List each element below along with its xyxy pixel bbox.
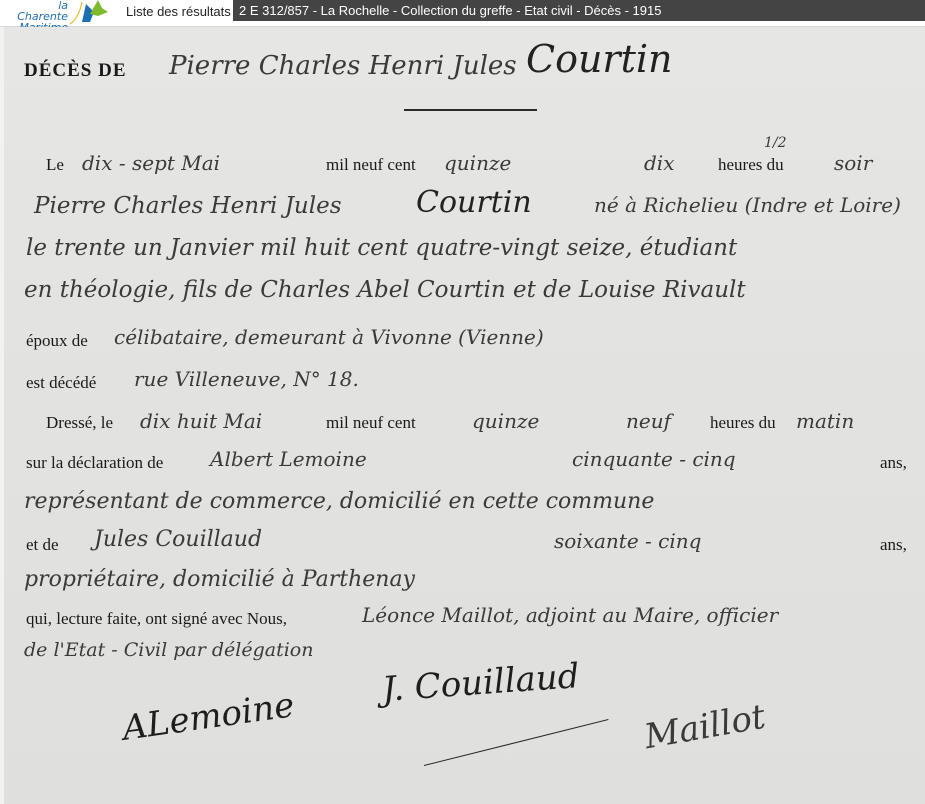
signature-couillaud-flourish: [424, 719, 609, 766]
signature-couillaud: J. Couillaud: [381, 656, 581, 710]
heading-label: DÉCÈS DE: [24, 60, 127, 82]
line6-date: dix huit Mai: [140, 409, 262, 433]
line1-given-names: Pierre Charles Henri Jules: [34, 193, 342, 219]
signature-lemoine: ALemoine: [120, 685, 297, 749]
line3-text: en théologie, fils de Charles Abel Court…: [24, 277, 746, 303]
line8-text: représentant de commerce, domicilié en c…: [24, 489, 654, 514]
heading-given-names: Pierre Charles Henri Jules: [169, 51, 517, 81]
line7-age: cinquante - cinq: [572, 447, 736, 471]
line0-printed-mil: mil neuf cent: [326, 155, 416, 175]
line6-printed-mil: mil neuf cent: [326, 413, 416, 433]
line5-printed-decede: est décédé: [26, 373, 96, 393]
heading-underline: [404, 109, 537, 111]
line6-printed-dresse: Dressé, le: [46, 413, 113, 433]
logo-line-1: la Charente: [8, 0, 68, 22]
line9-printed-ans: ans,: [880, 535, 907, 555]
line1-birthplace: né à Richelieu (Indre et Loire): [594, 193, 901, 217]
results-list-label[interactable]: Liste des résultats :: [126, 4, 238, 19]
scanned-page: DÉCÈS DE Pierre Charles Henri Jules Cour…: [4, 27, 925, 804]
line4-text: célibataire, demeurant à Vivonne (Vienne…: [114, 325, 544, 349]
line11-officer: Léonce Maillot, adjoint au Maire, offici…: [362, 603, 778, 627]
top-bar: la Charente Maritime Liste des résultats…: [0, 0, 925, 27]
line0-year: quinze: [444, 151, 511, 175]
line7-printed-declaration: sur la déclaration de: [26, 453, 163, 473]
line4-printed-epoux: époux de: [26, 331, 88, 351]
line10-text: propriétaire, domicilié à Parthenay: [24, 567, 415, 592]
line12-text: de l'Etat - Civil par délégation: [24, 639, 313, 661]
line6-period: matin: [796, 409, 854, 433]
line6-printed-heures: heures du: [710, 413, 776, 433]
line6-hour: neuf: [626, 409, 671, 433]
document-viewer[interactable]: DÉCÈS DE Pierre Charles Henri Jules Cour…: [0, 27, 925, 804]
line5-text: rue Villeneuve, N° 18.: [134, 367, 359, 391]
line6-year: quinze: [472, 409, 539, 433]
line9-printed-etde: et de: [26, 535, 59, 555]
line0-printed-le: Le: [46, 155, 64, 175]
signature-maillot: Maillot: [641, 697, 768, 758]
document-title-bar: 2 E 312/857 - La Rochelle - Collection d…: [233, 0, 925, 21]
line11-printed-signe: qui, lecture faite, ont signé avec Nous,: [26, 609, 287, 629]
line9-age: soixante - cinq: [554, 529, 701, 553]
line7-printed-ans: ans,: [880, 453, 907, 473]
charente-maritime-logo[interactable]: la Charente Maritime: [8, 0, 113, 26]
line0-margin-note: 1/2: [764, 135, 787, 151]
bird-logo-icon: [68, 0, 116, 26]
line7-declarant: Albert Lemoine: [210, 447, 367, 471]
line0-date: dix - sept Mai: [82, 151, 220, 175]
line9-declarant: Jules Couillaud: [94, 527, 262, 552]
line2-text: le trente un Janvier mil huit cent quatr…: [26, 235, 737, 261]
heading-surname: Courtin: [526, 37, 673, 81]
line1-surname: Courtin: [416, 185, 532, 220]
line0-printed-heures: heures du: [718, 155, 784, 175]
line0-hour: dix: [644, 151, 674, 175]
line0-period: soir: [834, 151, 872, 175]
